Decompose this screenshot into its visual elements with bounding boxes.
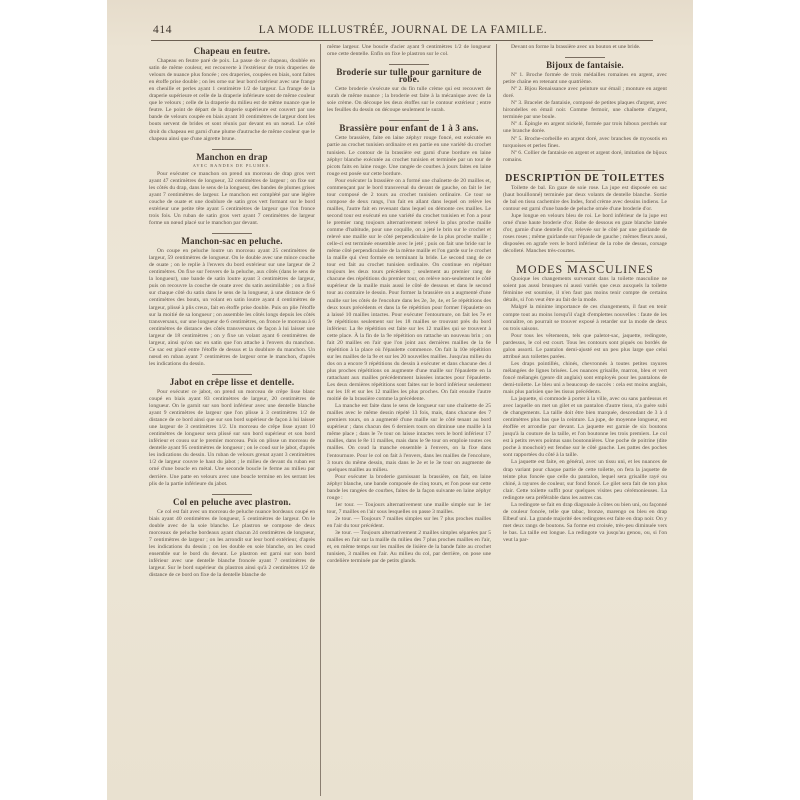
article-text: 3e tour. — Toujours alternativement 2 ma… <box>327 530 491 565</box>
continuation-text: même largeur. Une boucle d'acier ayant 9… <box>327 44 491 58</box>
article-text: Jupe longue en velours bleu de roi. Le b… <box>503 213 667 255</box>
article-text: Cette brassière, faite en laine zéphyr r… <box>327 135 491 177</box>
article-text: Pour exécuter la broderie garnissant la … <box>327 474 491 502</box>
article-title-brassiere: Brassière pour enfant de 1 à 3 ans. <box>327 125 491 132</box>
column-2: même largeur. Une boucle d'acier ayant 9… <box>327 44 491 565</box>
separator <box>212 494 252 495</box>
article-text: La jaquette, si commode à porter à la vi… <box>503 396 667 459</box>
article-title-bijoux: Bijoux de fantaisie. <box>503 62 667 69</box>
article-text: Cette broderie s'exécute sur du fin tull… <box>327 86 491 114</box>
article-title-chapeau: Chapeau en feutre. <box>149 48 315 55</box>
newspaper-page: 414 LA MODE ILLUSTRÉE, JOURNAL DE LA FAM… <box>107 0 693 800</box>
article-title-broderie: Broderie sur tulle pour garniture de rob… <box>327 69 491 83</box>
article-title-toilettes: DESCRIPTION DE TOILETTES <box>503 175 667 182</box>
article-text: La jaquette est faite, en général, avec … <box>503 459 667 501</box>
separator <box>565 57 605 58</box>
continuation-text: Devant on forme la brassière avec un bou… <box>503 44 667 51</box>
article-title-manchon-drap: Manchon en drap <box>149 154 315 161</box>
column-divider-1 <box>320 44 321 796</box>
article-title-manchon-sac: Manchon-sac en peluche. <box>149 238 315 245</box>
article-text: 2e tour. — Toujours 7 mailles simples su… <box>327 516 491 530</box>
separator <box>565 170 605 171</box>
article-text: Nº 2. Bijou Renaissance avec peinture su… <box>503 86 667 100</box>
page-header: 414 LA MODE ILLUSTRÉE, JOURNAL DE LA FAM… <box>153 24 653 40</box>
journal-title: LA MODE ILLUSTRÉE, JOURNAL DE LA FAMILLE… <box>153 24 653 36</box>
column-1: Chapeau en feutre. Chapeau en feutre par… <box>149 44 315 579</box>
separator <box>212 149 252 150</box>
article-subtitle: AVEC BANDES DE PLUMES. <box>149 162 315 169</box>
separator <box>212 374 252 375</box>
article-text: Malgré la minime importance de ces chang… <box>503 304 667 332</box>
article-text: Ce col est fait avec un morceau de peluc… <box>149 509 315 579</box>
article-text: Nº 6. Collier de fantaisie en argent et … <box>503 150 667 164</box>
article-text: Quoique les changements survenant dans l… <box>503 276 667 304</box>
column-3: Devant on forme la brassière avec un bou… <box>503 44 667 544</box>
article-text: On coupe en peluche loutre un morceau ay… <box>149 248 315 368</box>
article-text: 1er tour. — Toujours alternativement une… <box>327 502 491 516</box>
article-title-jabot: Jabot en crêpe lisse et dentelle. <box>149 379 315 386</box>
header-rule <box>151 40 653 41</box>
article-text: Les draps pointillés, chinés, chevronnés… <box>503 361 667 396</box>
article-text: Pour tous les vêtements, tels que paleto… <box>503 333 667 361</box>
article-title-modes-masculines: MODES MASCULINES <box>503 266 667 273</box>
article-text: Pour exécuter ce jabot, on prend un morc… <box>149 389 315 488</box>
article-text: Nº 1. Broche formée de trois médailles r… <box>503 72 667 86</box>
article-text: Nº 3. Bracelet de fantaisie, composé de … <box>503 100 667 121</box>
article-text: Chapeau en feutre paré de poix. La passe… <box>149 58 315 143</box>
column-divider-2 <box>496 44 497 344</box>
article-text: Toilette de bal. En gaze de soie rose. L… <box>503 185 667 213</box>
separator <box>389 64 429 65</box>
article-text: Nº 5. Broche-corbeille en argent doré, a… <box>503 136 667 150</box>
article-text: Pour exécuter ce manchon on prend un mor… <box>149 171 315 227</box>
separator <box>212 233 252 234</box>
article-text: La redingote se fait en drap diagonale à… <box>503 502 667 544</box>
article-text: Pour exécuter la brassière on a formé un… <box>327 178 491 404</box>
article-text: La manche est faite dans le sens de long… <box>327 403 491 473</box>
article-title-col-peluche: Col en peluche avec plastron. <box>149 499 315 506</box>
article-text: Nº 4. Épingle en argent nickelé, formée … <box>503 121 667 135</box>
separator <box>389 120 429 121</box>
